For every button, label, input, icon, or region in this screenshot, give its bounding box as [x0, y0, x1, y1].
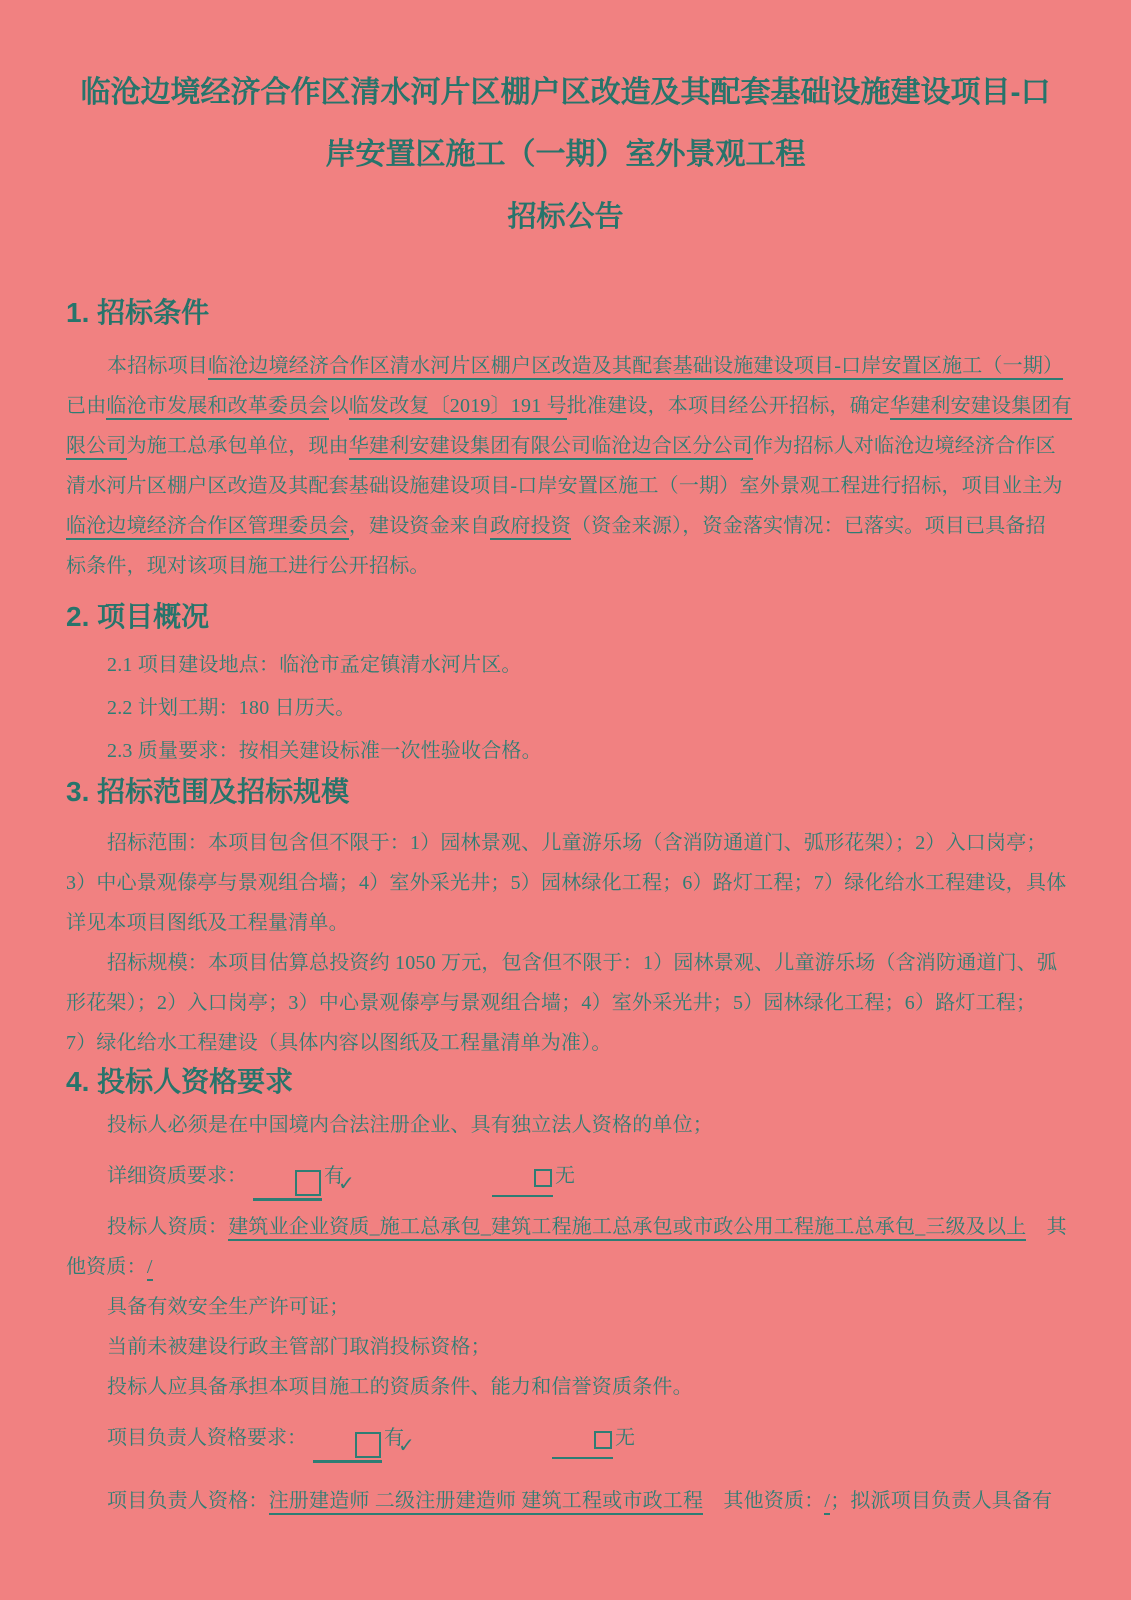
- section-3-paragraphs: 招标范围：本项目包含但不限于：1）园林景观、儿童游乐场（含消防通道门、弧形花架）…: [66, 823, 1065, 1063]
- paragraph-line: 临沧边境经济合作区管理委员会，建设资金来自政府投资（资金来源），资金落实情况：已…: [66, 506, 1065, 546]
- section-4-heading: 4. 投标人资格要求: [66, 1063, 1065, 1101]
- paragraph-line: 限公司为施工总承包单位，现由华建利安建设集团有限公司临沧边合区分公司作为招标人对…: [66, 426, 1065, 466]
- checkbox-yes-label: 有: [324, 1165, 344, 1187]
- checkmark-icon: ✓: [295, 1170, 321, 1196]
- empty-checkbox-icon: [534, 1169, 552, 1187]
- qualification-requirement-row: 详细资质要求：✓有无: [66, 1153, 1065, 1201]
- list-item-duration: 2.2 计划工期：180 日历天。: [66, 687, 1065, 730]
- title-line-1: 临沧边境经济合作区清水河片区棚户区改造及其配套基础设施建设项目-口: [66, 62, 1065, 124]
- checkbox-no-label: 无: [615, 1427, 635, 1449]
- paragraph-line: 招标范围：本项目包含但不限于：1）园林景观、儿童游乐场（含消防通道门、弧形花架）…: [66, 823, 1065, 863]
- checkbox-no[interactable]: [492, 1169, 553, 1197]
- checkbox-no[interactable]: [552, 1431, 613, 1459]
- paragraph-line: 招标规模：本项目估算总投资约 1050 万元，包含但不限于：1）园林景观、儿童游…: [66, 943, 1065, 983]
- qualification-requirement-label: 详细资质要求：: [107, 1165, 247, 1187]
- document-page: 临沧边境经济合作区清水河片区棚户区改造及其配套基础设施建设项目-口 岸安置区施工…: [0, 0, 1131, 1600]
- title-line-2: 岸安置区施工（一期）室外景观工程: [66, 124, 1065, 186]
- section-3-heading: 3. 招标范围及招标规模: [66, 773, 1065, 811]
- project-leader-requirement-label: 项目负责人资格要求：: [107, 1427, 307, 1449]
- paragraph-line: 标条件，现对该项目施工进行公开招标。: [66, 546, 1065, 586]
- empty-checkbox-icon: [594, 1431, 612, 1449]
- checkbox-yes[interactable]: ✓: [313, 1432, 382, 1463]
- paragraph-line: 本招标项目临沧边境经济合作区清水河片区棚户区改造及其配套基础设施建设项目-口岸安…: [66, 346, 1065, 386]
- capability-line: 投标人应具备承担本项目施工的资质条件、能力和信誉资质条件。: [66, 1367, 1065, 1407]
- document-title: 临沧边境经济合作区清水河片区棚户区改造及其配套基础设施建设项目-口 岸安置区施工…: [66, 62, 1065, 248]
- paragraph-line: 详见本项目图纸及工程量清单。: [66, 903, 1065, 943]
- checkbox-yes-label: 有: [384, 1427, 404, 1449]
- list-item-location: 2.1 项目建设地点：临沧市孟定镇清水河片区。: [66, 644, 1065, 687]
- document-subtitle: 招标公告: [66, 186, 1065, 248]
- checkbox-no-label: 无: [555, 1165, 575, 1187]
- checkbox-yes[interactable]: ✓: [253, 1170, 322, 1201]
- paragraph-line: 7）绿化给水工程建设（具体内容以图纸及工程量清单为准）。: [66, 1023, 1065, 1063]
- section-2-heading: 2. 项目概况: [66, 598, 1065, 636]
- bidder-qualification-paragraph: 投标人资质：建筑业企业资质_施工总承包_建筑工程施工总承包或市政公用工程施工总承…: [66, 1207, 1065, 1287]
- not-disqualified-line: 当前未被建设行政主管部门取消投标资格；: [66, 1327, 1065, 1367]
- checkmark-icon: ✓: [355, 1432, 381, 1458]
- section-2-list: 2.1 项目建设地点：临沧市孟定镇清水河片区。 2.2 计划工期：180 日历天…: [66, 644, 1065, 773]
- project-leader-requirement-row: 项目负责人资格要求：✓有无: [66, 1415, 1065, 1463]
- paragraph-line: 清水河片区棚户区改造及其配套基础设施建设项目-口岸安置区施工（一期）室外景观工程…: [66, 466, 1065, 506]
- paragraph-line: 已由临沧市发展和改革委员会以临发改复〔2019〕191 号批准建设，本项目经公开…: [66, 386, 1065, 426]
- paragraph-line: 形花架）；2）入口岗亭；3）中心景观傣亭与景观组合墙；4）室外采光井；5）园林绿…: [66, 983, 1065, 1023]
- list-item-quality: 2.3 质量要求：按相关建设标准一次性验收合格。: [66, 730, 1065, 773]
- safety-license-line: 具备有效安全生产许可证；: [66, 1287, 1065, 1327]
- paragraph-line: 3）中心景观傣亭与景观组合墙；4）室外采光井；5）园林绿化工程；6）路灯工程；7…: [66, 863, 1065, 903]
- paragraph-line: 他资质：/: [66, 1247, 1065, 1287]
- section-1-paragraph: 本招标项目临沧边境经济合作区清水河片区棚户区改造及其配套基础设施建设项目-口岸安…: [66, 346, 1065, 586]
- paragraph-line: 投标人资质：建筑业企业资质_施工总承包_建筑工程施工总承包或市政公用工程施工总承…: [66, 1207, 1065, 1247]
- paragraph-line: 项目负责人资格：注册建造师 二级注册建造师 建筑工程或市政工程 其他资质：/；拟…: [66, 1481, 1065, 1521]
- bidder-requirement-line: 投标人必须是在中国境内合法注册企业、具有独立法人资格的单位；: [66, 1105, 1065, 1145]
- project-leader-qualification-paragraph: 项目负责人资格：注册建造师 二级注册建造师 建筑工程或市政工程 其他资质：/；拟…: [66, 1481, 1065, 1521]
- section-1-heading: 1. 招标条件: [66, 294, 1065, 332]
